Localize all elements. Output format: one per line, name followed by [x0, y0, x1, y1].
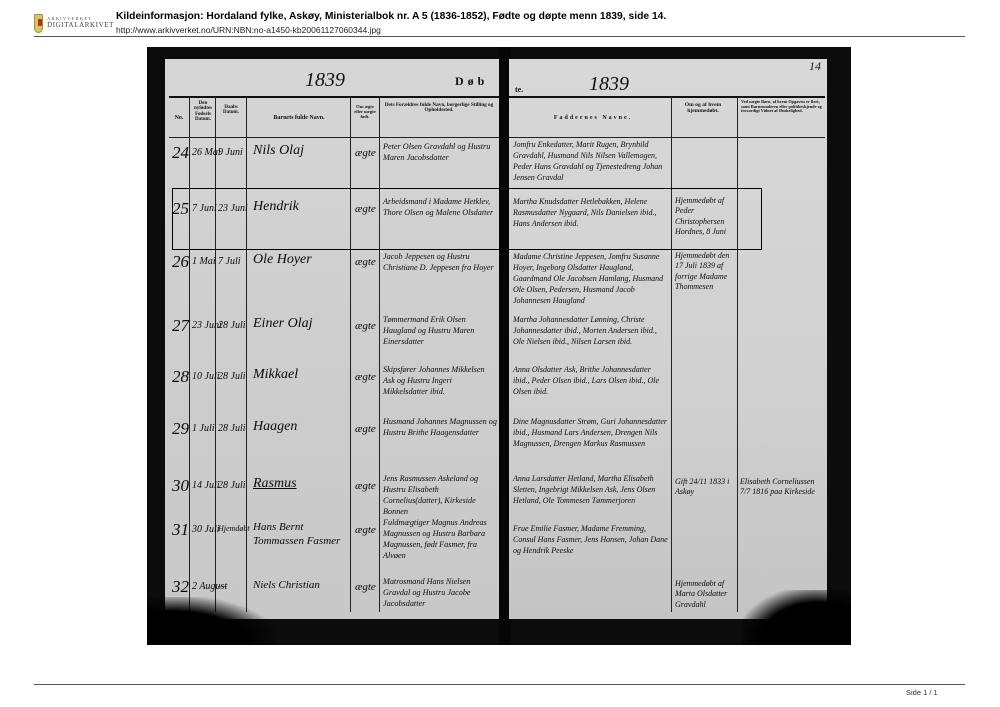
entry-legitimacy: ægte [355, 581, 376, 593]
entry-number: 31 [172, 520, 189, 540]
entry-number: 32 [172, 577, 189, 597]
entry-legitimacy: ægte [355, 423, 376, 435]
col-header-legitimacy: Om ægte eller uægte født. [352, 105, 378, 119]
entry-number: 24 [172, 143, 189, 163]
column-rule [350, 97, 351, 612]
header-rule [169, 96, 499, 98]
entry-sponsors: Dine Magnusdatter Strøm, Guri Johannesda… [513, 416, 669, 449]
column-header-bottom-rule [169, 137, 499, 138]
logo-line-2: DIGITALARKIVET [47, 22, 114, 29]
header-divider [34, 36, 965, 37]
footer-divider [34, 684, 965, 685]
entry-child-name: Einer Olaj [253, 316, 313, 332]
entry-number: 28 [172, 367, 189, 387]
column-rule [671, 97, 672, 612]
entry-number: 27 [172, 316, 189, 336]
entry-baptism-date: 28 Juli [218, 371, 246, 382]
entry-baptism-date: 7 Juli [218, 256, 241, 267]
scan-shadow [147, 597, 277, 645]
col-header-child-name: Barnets fulde Navn. [249, 115, 349, 121]
entry-legitimacy: ægte [355, 371, 376, 383]
column-rule [737, 97, 738, 612]
entry-legitimacy: ægte [355, 256, 376, 268]
col-header-parents: Dets Forældres fulde Navn, borgerlige St… [383, 103, 495, 114]
col-header-illegitimate-notes: Ved uægte Børn, af hvem Opgaven er fleet… [741, 100, 825, 114]
entry-parents: Peter Olsen Gravdahl og Hustru Maren Jac… [383, 141, 497, 163]
entry-child-name: Haagen [253, 419, 297, 435]
entry-birth-date: 10 Juli [192, 371, 220, 382]
entry-number: 29 [172, 419, 189, 439]
entry-child-name: Nils Olaj [253, 143, 304, 159]
right-page-year: 1839 [589, 73, 629, 96]
entry-baptism-date: 28 Juli [218, 423, 246, 434]
entry-sponsors: Madame Christine Jeppesen, Jomfru Susann… [513, 251, 669, 306]
source-url: http://www.arkivverket.no/URN:NBN:no-a14… [116, 25, 381, 35]
entry-birth-date: 14 Juli [192, 480, 220, 491]
entry-home-baptism: Hjemmedøbt den 17 Juli 1839 af forrige M… [675, 251, 735, 293]
document-header: ARKIVVERKET DIGITALARKIVET Kildeinformas… [34, 8, 964, 36]
entry-sponsors: Martha Johannesdatter Lønning, Christe J… [513, 314, 669, 347]
entry-home-baptism: Hjemmedøbt af Marta Olsdatter Gravdahl [675, 579, 735, 610]
entry-child-name: Rasmus [253, 476, 297, 492]
entry-sponsors: Anna Larsdatter Hetland, Martha Elisabet… [513, 473, 669, 506]
norway-coat-of-arms-icon [34, 14, 43, 33]
col-header-sponsors: Faddernes Navne. [523, 115, 663, 121]
col-header-birth-date: Den nyfødtes Fødsels Datum. [192, 101, 214, 122]
entry-sponsors: Anna Olsdatter Ask, Brithe Johannesdatte… [513, 364, 669, 397]
col-header-baptism-date: Daabs Datum. [218, 105, 244, 116]
column-header-bottom-rule [509, 137, 825, 138]
entry-legitimacy: ægte [355, 524, 376, 536]
entry-parents: Jens Rasmussen Askeland og Hustru Elisab… [383, 473, 497, 517]
entry-baptism-date: 9 Juni [218, 147, 243, 158]
entry-home-baptism: Gift 24/11 1833 i Askøy [675, 477, 735, 498]
entry-parents: Matrosmand Hans Nielsen Gravdal og Hustr… [383, 576, 497, 609]
entry-child-name: Ole Hoyer [253, 252, 312, 268]
column-rule [246, 97, 247, 612]
col-header-home-baptism: Om og af hvem hjemmedøbt. [675, 103, 731, 115]
entry-sponsors: Jomfru Enkedatter, Marit Rugen, Brynhild… [513, 139, 669, 183]
entry-baptism-date: 28 Juli [218, 480, 246, 491]
column-rule [379, 97, 380, 612]
page-indicator: Side 1 / 1 [906, 688, 938, 697]
source-title: Kildeinformasjon: Hordaland fylke, Askøy… [116, 11, 666, 22]
entry-child-name: Mikkael [253, 367, 298, 383]
entry-birth-date: 26 Mai [192, 147, 221, 158]
entry-parents: Tømmermand Erik Olsen Haugland og Hustru… [383, 314, 497, 347]
scan-shadow [741, 590, 851, 645]
scanned-register-image: 1839 Døb No. Den nyfødtes Fødsels Datum.… [147, 47, 851, 645]
right-page-heading: te. [515, 86, 523, 94]
arkivverket-logo: ARKIVVERKET DIGITALARKIVET [34, 10, 114, 36]
left-page-heading: Døb [455, 75, 488, 88]
entry-illegitimate-note: Elisabeth Corneliussen 7/7 1816 paa Kirk… [740, 477, 824, 498]
highlighted-entry-box [172, 188, 762, 250]
entry-child-name: Hans Bernt Tommassen Fasmer [253, 520, 349, 549]
page-number: 14 [809, 59, 821, 74]
entry-parents: Skipsfører Johannes Mikkelsen Ask og Hus… [383, 364, 497, 397]
left-page-year: 1839 [305, 69, 345, 92]
entry-baptism-date: 28 Juli [218, 320, 246, 331]
entry-birth-date: 30 Juli [192, 524, 220, 535]
header-rule [509, 96, 825, 98]
entry-baptism-date: — [218, 581, 227, 592]
entry-baptism-date: Hjemdøbt [218, 524, 250, 533]
entry-child-name: Niels Christian [253, 579, 320, 591]
entry-birth-date: 1 Juli [192, 423, 215, 434]
entry-birth-date: 1 Mai [192, 256, 216, 267]
entry-parents: Jacob Jeppesen og Hustru Christiane D. J… [383, 251, 497, 273]
entry-parents: Fuldmægtiger Magnus Andreas Magnussen og… [383, 517, 497, 561]
entry-number: 26 [172, 252, 189, 272]
column-rule [189, 97, 190, 612]
entry-parents: Husmand Johannes Magnussen og Hustru Bri… [383, 416, 497, 438]
entry-number: 30 [172, 476, 189, 496]
left-page: 1839 Døb No. Den nyfødtes Fødsels Datum.… [165, 59, 501, 619]
entry-legitimacy: ægte [355, 320, 376, 332]
right-page: te. 1839 14 Faddernes Navne. Om og af hv… [509, 59, 827, 619]
entry-legitimacy: ægte [355, 480, 376, 492]
entry-sponsors: Frue Emilie Fasmer, Madame Fremming, Con… [513, 523, 669, 556]
col-header-no: No. [169, 115, 189, 121]
entry-legitimacy: ægte [355, 147, 376, 159]
